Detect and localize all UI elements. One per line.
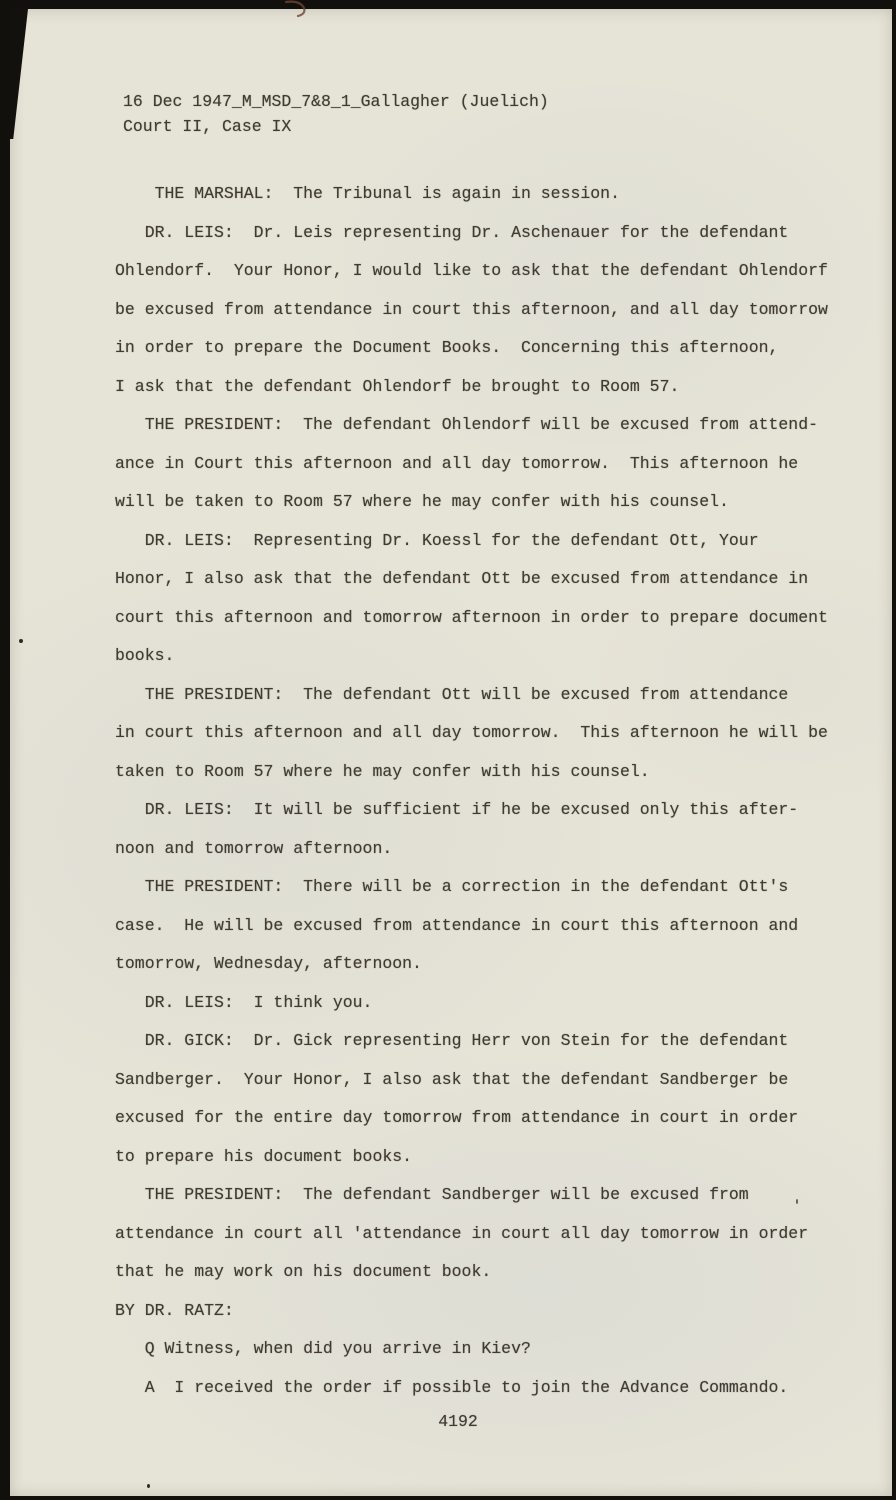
transcript-line: tomorrow, Wednesday, afternoon. (115, 945, 828, 984)
transcript-line: DR. LEIS: I think you. (115, 984, 828, 1023)
transcript-line: books. (115, 637, 828, 676)
transcript-line: Sandberger. Your Honor, I also ask that … (115, 1061, 828, 1100)
ink-speck (147, 1484, 150, 1488)
transcript-line: THE PRESIDENT: The defendant Ott will be… (115, 676, 828, 715)
transcript-line: Honor, I also ask that the defendant Ott… (115, 560, 828, 599)
transcript-line: I ask that the defendant Ohlendorf be br… (115, 368, 828, 407)
transcript-line: THE PRESIDENT: There will be a correctio… (115, 868, 828, 907)
transcript-line: court this afternoon and tomorrow aftern… (115, 599, 828, 638)
transcript-line: noon and tomorrow afternoon. (115, 830, 828, 869)
transcript-line: DR. GICK: Dr. Gick representing Herr von… (115, 1022, 828, 1061)
transcript-line: taken to Room 57 where he may confer wit… (115, 753, 828, 792)
document-page: 16 Dec 1947_M_MSD_7&8_1_Gallagher (Jueli… (10, 9, 892, 1496)
transcript-line: ance in Court this afternoon and all day… (115, 445, 828, 484)
transcript-line: will be taken to Room 57 where he may co… (115, 483, 828, 522)
ink-speck (796, 1199, 798, 1204)
transcript-line: BY DR. RATZ: (115, 1292, 828, 1331)
transcript-line: be excused from attendance in court this… (115, 291, 828, 330)
header-dateline: 16 Dec 1947_M_MSD_7&8_1_Gallagher (Jueli… (123, 89, 549, 114)
transcript-line: case. He will be excused from attendance… (115, 907, 828, 946)
transcript-line: Q Witness, when did you arrive in Kiev? (115, 1330, 828, 1369)
transcript-line: DR. LEIS: Representing Dr. Koessl for th… (115, 522, 828, 561)
transcript-line: THE PRESIDENT: The defendant Sandberger … (115, 1176, 828, 1215)
transcript-line: excused for the entire day tomorrow from… (115, 1099, 828, 1138)
transcript-body: THE MARSHAL: The Tribunal is again in se… (115, 175, 828, 1407)
transcript-line: in order to prepare the Document Books. … (115, 329, 828, 368)
document-header: 16 Dec 1947_M_MSD_7&8_1_Gallagher (Jueli… (123, 89, 549, 139)
page-number: 4192 (10, 1407, 896, 1437)
transcript-line: A I received the order if possible to jo… (115, 1369, 828, 1408)
transcript-line: Ohlendorf. Your Honor, I would like to a… (115, 252, 828, 291)
transcript-line: in court this afternoon and all day tomo… (115, 714, 828, 753)
transcript-line: to prepare his document books. (115, 1138, 828, 1177)
scanned-transcript-screenshot: { "colors": { "backdrop": "#12100c", "pa… (0, 0, 896, 1500)
header-case-line: Court II, Case IX (123, 114, 549, 139)
transcript-line: THE MARSHAL: The Tribunal is again in se… (115, 175, 828, 214)
pen-mark-icon (278, 0, 318, 30)
ink-speck (19, 639, 23, 643)
transcript-line: DR. LEIS: It will be sufficient if he be… (115, 791, 828, 830)
transcript-line: DR. LEIS: Dr. Leis representing Dr. Asch… (115, 214, 828, 253)
transcript-line: THE PRESIDENT: The defendant Ohlendorf w… (115, 406, 828, 445)
transcript-line: attendance in court all 'attendance in c… (115, 1215, 828, 1254)
transcript-line: that he may work on his document book. (115, 1253, 828, 1292)
